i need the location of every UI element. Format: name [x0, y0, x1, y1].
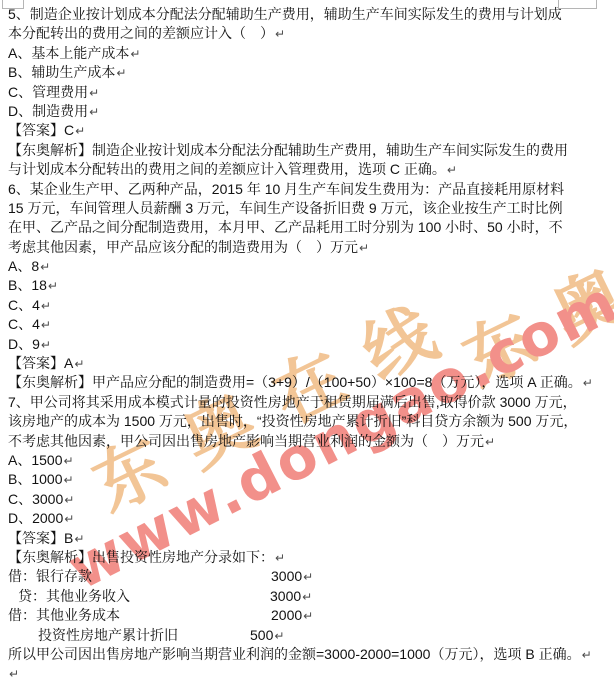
paragraph-mark-icon: ↵ [582, 648, 592, 662]
text-line: 【答案】C↵ [8, 121, 608, 140]
line-text: A、1500 [8, 452, 62, 468]
text-line: B、辅助生产成本↵ [8, 63, 608, 82]
text-line: 考虑其他因素，甲产品应该分配的制造费用为（ ）万元↵ [8, 238, 608, 257]
text-line: 【东奥解析】甲产品应分配的制造费用=（3+9）/（100+50）×100=8（万… [8, 373, 608, 392]
line-text: 7、甲公司将其采用成本模式计量的投资性房地产于租赁期届满后出售,取得价款 300… [8, 394, 577, 410]
text-line: 7、甲公司将其采用成本模式计量的投资性房地产于租赁期届满后出售,取得价款 300… [8, 393, 608, 412]
line-text: 6、某企业生产甲、乙两种产品，2015 年 10 月生产车间发生费用为：产品直接… [8, 181, 564, 197]
text-line: 在甲、乙产品之间分配制造费用，本月甲、乙产品耗用工时分别为 100 小时、50 … [8, 218, 608, 237]
paragraph-mark-icon: ↵ [447, 163, 457, 177]
paragraph-mark-icon: ↵ [64, 512, 74, 526]
paragraph-mark-icon: ↵ [74, 357, 84, 371]
line-text: 【东奥解析】甲产品应分配的制造费用=（3+9）/（100+50）×100=8（万… [8, 374, 582, 390]
text-line: 借：银行存款↵3000↵ [8, 567, 608, 586]
text-line: 本分配转出的费用之间的差额应计入（ ）↵ [8, 24, 608, 43]
paragraph-mark-icon: ↵ [275, 551, 285, 565]
line-text: D、9 [8, 336, 40, 352]
text-line: A、1500↵ [8, 451, 608, 470]
paragraph-mark-icon: ↵ [303, 570, 313, 584]
line-text: 该房地产的成本为 1500 万元，出售时，“投资性房地产累计折旧”科目贷方余额为… [8, 413, 577, 429]
paragraph-mark-icon: ↵ [130, 47, 140, 61]
line-text: 【东奥解析】制造企业按计划成本分配法分配辅助生产费用，辅助生产车间实际发生的费用 [8, 142, 568, 158]
line-text: 与计划成本分配转出的费用之间的差额应计入管理费用，选项 C 正确。 [8, 161, 446, 177]
text-line: 5、制造企业按计划成本分配法分配辅助生产费用，辅助生产车间实际发生的费用与计划成… [8, 5, 608, 24]
journal-amount-value: 3000 [271, 568, 302, 584]
paragraph-mark-icon: ↵ [75, 124, 85, 138]
journal-amount-value: 3000 [270, 588, 301, 604]
text-line: D、制造费用↵ [8, 102, 608, 121]
line-text: 在甲、乙产品之间分配制造费用，本月甲、乙产品耗用工时分别为 100 小时、50 … [8, 219, 563, 235]
text-line: 【东奥解析】制造企业按计划成本分配法分配辅助生产费用，辅助生产车间实际发生的费用… [8, 141, 608, 160]
paragraph-mark-icon: ↵ [63, 454, 73, 468]
paragraph-mark-icon: ↵ [274, 629, 284, 643]
text-line: 借：其他业务成本↵2000↵ [8, 606, 608, 625]
paragraph-mark-icon: ↵ [303, 609, 313, 623]
journal-amount: 3000↵ [270, 587, 312, 607]
line-text: 所以甲公司因出售房地产影响当期营业利润的金额=3000-2000=1000（万元… [8, 646, 581, 662]
line-text: B、1000 [8, 471, 62, 487]
paragraph-mark-icon: ↵ [40, 260, 50, 274]
line-text: 不考虑其他因素，甲公司因出售房地产影响当期营业利润的金额为（ ）万元 [8, 433, 484, 449]
line-text: 15 万元，车间管理人员薪酬 3 万元，车间生产设备折旧费 9 万元，该企业按生… [8, 200, 563, 216]
line-text: A、基本上能产成本 [8, 45, 129, 61]
text-line: B、1000↵ [8, 470, 608, 489]
journal-amount-value: 500 [250, 627, 273, 643]
line-text: B、18 [8, 277, 47, 293]
line-text: 投资性房地产累计折旧 [38, 627, 178, 643]
line-text: 借：其他业务成本 [8, 607, 120, 623]
paragraph-mark-icon: ↵ [41, 318, 51, 332]
text-line: 该房地产的成本为 1500 万元，出售时，“投资性房地产累计折旧”科目贷方余额为… [8, 412, 608, 431]
text-line: 15 万元，车间管理人员薪酬 3 万元，车间生产设备折旧费 9 万元，该企业按生… [8, 199, 608, 218]
paragraph-mark-icon: ↵ [583, 376, 593, 390]
line-text: D、2000 [8, 510, 63, 526]
journal-amount-value: 2000 [271, 607, 302, 623]
line-text: 【答案】B [8, 530, 73, 546]
line-text: C、4 [8, 316, 40, 332]
line-text: 【东奥解析】出售投资性房地产分录如下： [8, 549, 274, 565]
text-line: D、9↵ [8, 335, 608, 354]
paragraph-mark-icon: ↵ [74, 532, 84, 546]
line-text: C、管理费用 [8, 84, 88, 100]
document-body: 5、制造企业按计划成本分配法分配辅助生产费用，辅助生产车间实际发生的费用与计划成… [0, 0, 614, 700]
paragraph-mark-icon: ↵ [302, 590, 312, 604]
line-text: 考虑其他因素，甲产品应该分配的制造费用为（ ）万元 [8, 239, 358, 255]
text-line: A、8↵ [8, 257, 608, 276]
text-line: B、18↵ [8, 276, 608, 295]
text-line: 与计划成本分配转出的费用之间的差额应计入管理费用，选项 C 正确。↵ [8, 160, 608, 179]
paragraph-mark-icon: ↵ [41, 338, 51, 352]
text-line: C、4↵ [8, 296, 608, 315]
text-line: 不考虑其他因素，甲公司因出售房地产影响当期营业利润的金额为（ ）万元↵ [8, 432, 608, 451]
line-text: C、3000 [8, 491, 63, 507]
line-text: 借：银行存款 [8, 568, 92, 584]
paragraph-mark-icon: ↵ [116, 66, 126, 80]
paragraph-mark-icon: ↵ [89, 105, 99, 119]
document-page: 东奥在线 东奥在线 www.dongao.com 5、制造企业按计划成本分配法分… [0, 0, 614, 700]
line-text: 本分配转出的费用之间的差额应计入（ ） [8, 25, 274, 41]
text-line: 贷：其他业务收入↵3000↵ [8, 587, 608, 606]
page-margin-mark-top-right [558, 0, 597, 9]
text-line: 【答案】B↵ [8, 529, 608, 548]
journal-amount: 3000↵ [271, 567, 313, 587]
text-line: C、3000↵ [8, 490, 608, 509]
line-text: 贷：其他业务收入 [18, 588, 130, 604]
journal-amount: 500↵ [250, 626, 284, 646]
paragraph-mark-icon: ↵ [63, 473, 73, 487]
line-text: B、辅助生产成本 [8, 64, 115, 80]
line-text: C、4 [8, 297, 40, 313]
paragraph-mark-icon: ↵ [64, 493, 74, 507]
paragraph-mark-icon: ↵ [275, 27, 285, 41]
line-text: 【答案】C [8, 122, 74, 138]
text-line: D、2000↵ [8, 509, 608, 528]
text-line: 投资性房地产累计折旧↵500↵ [8, 626, 608, 645]
paragraph-mark-icon: ↵ [48, 279, 58, 293]
paragraph-mark-icon: ↵ [41, 299, 51, 313]
paragraph-mark-icon: ↵ [9, 667, 19, 681]
text-line: 所以甲公司因出售房地产影响当期营业利润的金额=3000-2000=1000（万元… [8, 645, 608, 664]
text-line: 【东奥解析】出售投资性房地产分录如下：↵ [8, 548, 608, 567]
text-line: 6、某企业生产甲、乙两种产品，2015 年 10 月生产车间发生费用为：产品直接… [8, 180, 608, 199]
line-text: D、制造费用 [8, 103, 88, 119]
text-line: ↵ [8, 664, 608, 683]
page-margin-mark-top-left [2, 0, 24, 9]
text-line: A、基本上能产成本↵ [8, 44, 608, 63]
text-line: C、4↵ [8, 315, 608, 334]
paragraph-mark-icon: ↵ [89, 86, 99, 100]
text-line: C、管理费用↵ [8, 83, 608, 102]
line-text: 【答案】A [8, 355, 73, 371]
line-text: 5、制造企业按计划成本分配法分配辅助生产费用，辅助生产车间实际发生的费用与计划成 [8, 6, 562, 22]
paragraph-mark-icon: ↵ [485, 435, 495, 449]
journal-amount: 2000↵ [271, 606, 313, 626]
paragraph-mark-icon: ↵ [359, 241, 369, 255]
text-line: 【答案】A↵ [8, 354, 608, 373]
line-text: A、8 [8, 258, 39, 274]
